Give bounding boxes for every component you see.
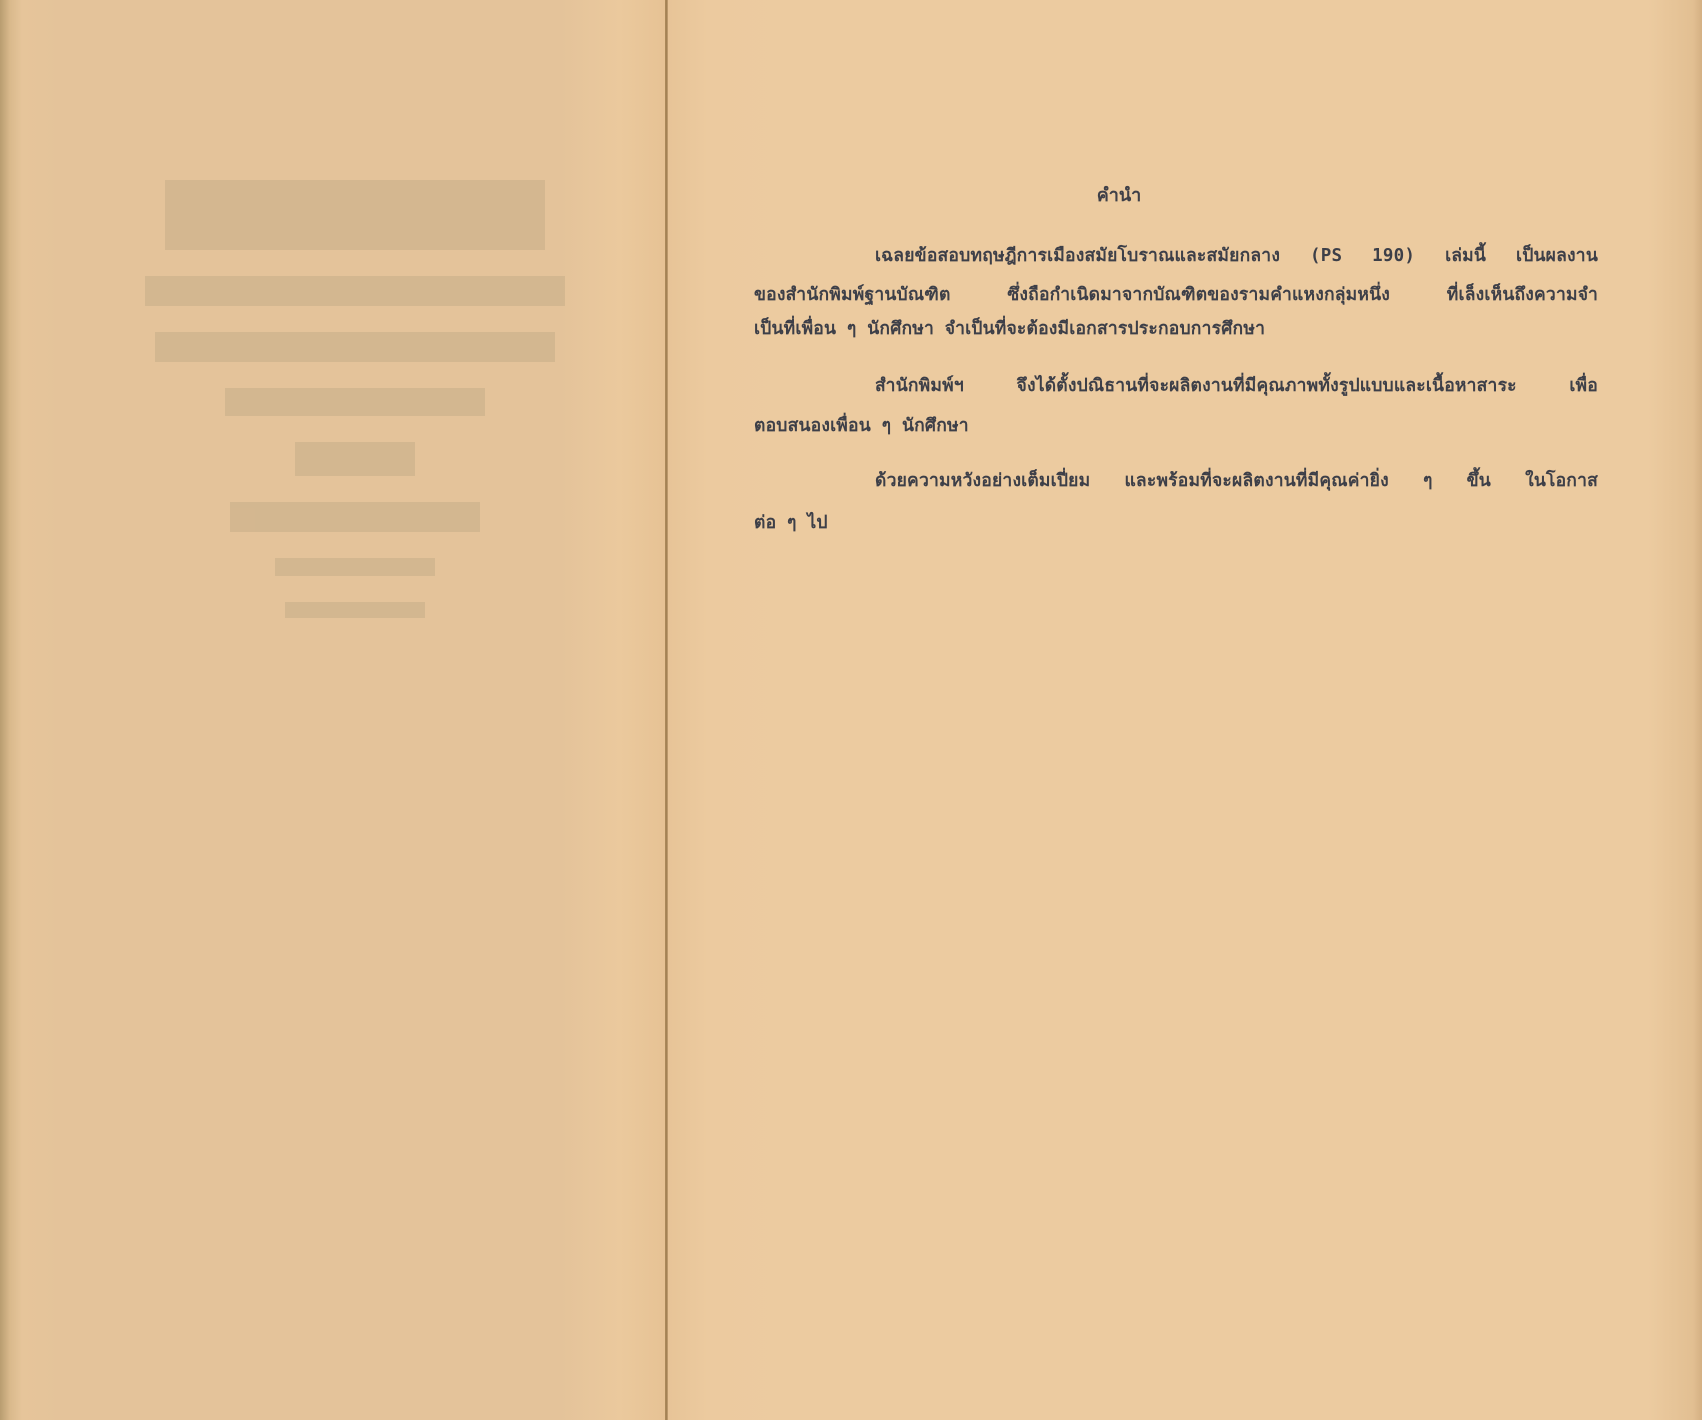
page-title: คำนำ <box>602 180 1636 209</box>
bleed-through-text <box>120 180 590 600</box>
paragraph-2-line-1: สำนักพิมพ์ฯ จึงได้ตั้งปณิธานที่จะผลิตงาน… <box>875 371 1598 399</box>
book-spread: คำนำ เฉลยข้อสอบทฤษฎีการเมืองสมัยโบราณและ… <box>0 0 1702 1420</box>
paragraph-3-line-2: ต่อ ๆ ไป <box>754 508 828 536</box>
paragraph-1-line-1: เฉลยข้อสอบทฤษฎีการเมืองสมัยโบราณและสมัยก… <box>875 241 1598 269</box>
paragraph-1-line-2: ของสำนักพิมพ์ฐานบัณฑิต ซึ่งถือกำเนิดมาจา… <box>754 280 1598 308</box>
left-page <box>0 0 666 1420</box>
paragraph-1-line-3: เป็นที่เพื่อน ๆ นักศึกษา จำเป็นที่จะต้อง… <box>754 314 1265 342</box>
right-page: คำนำ เฉลยข้อสอบทฤษฎีการเมืองสมัยโบราณและ… <box>668 0 1702 1420</box>
paragraph-2-line-2: ตอบสนองเพื่อน ๆ นักศึกษา <box>754 411 969 439</box>
paragraph-3-line-1: ด้วยความหวังอย่างเต็มเปี่ยม และพร้อมที่จ… <box>875 466 1598 494</box>
